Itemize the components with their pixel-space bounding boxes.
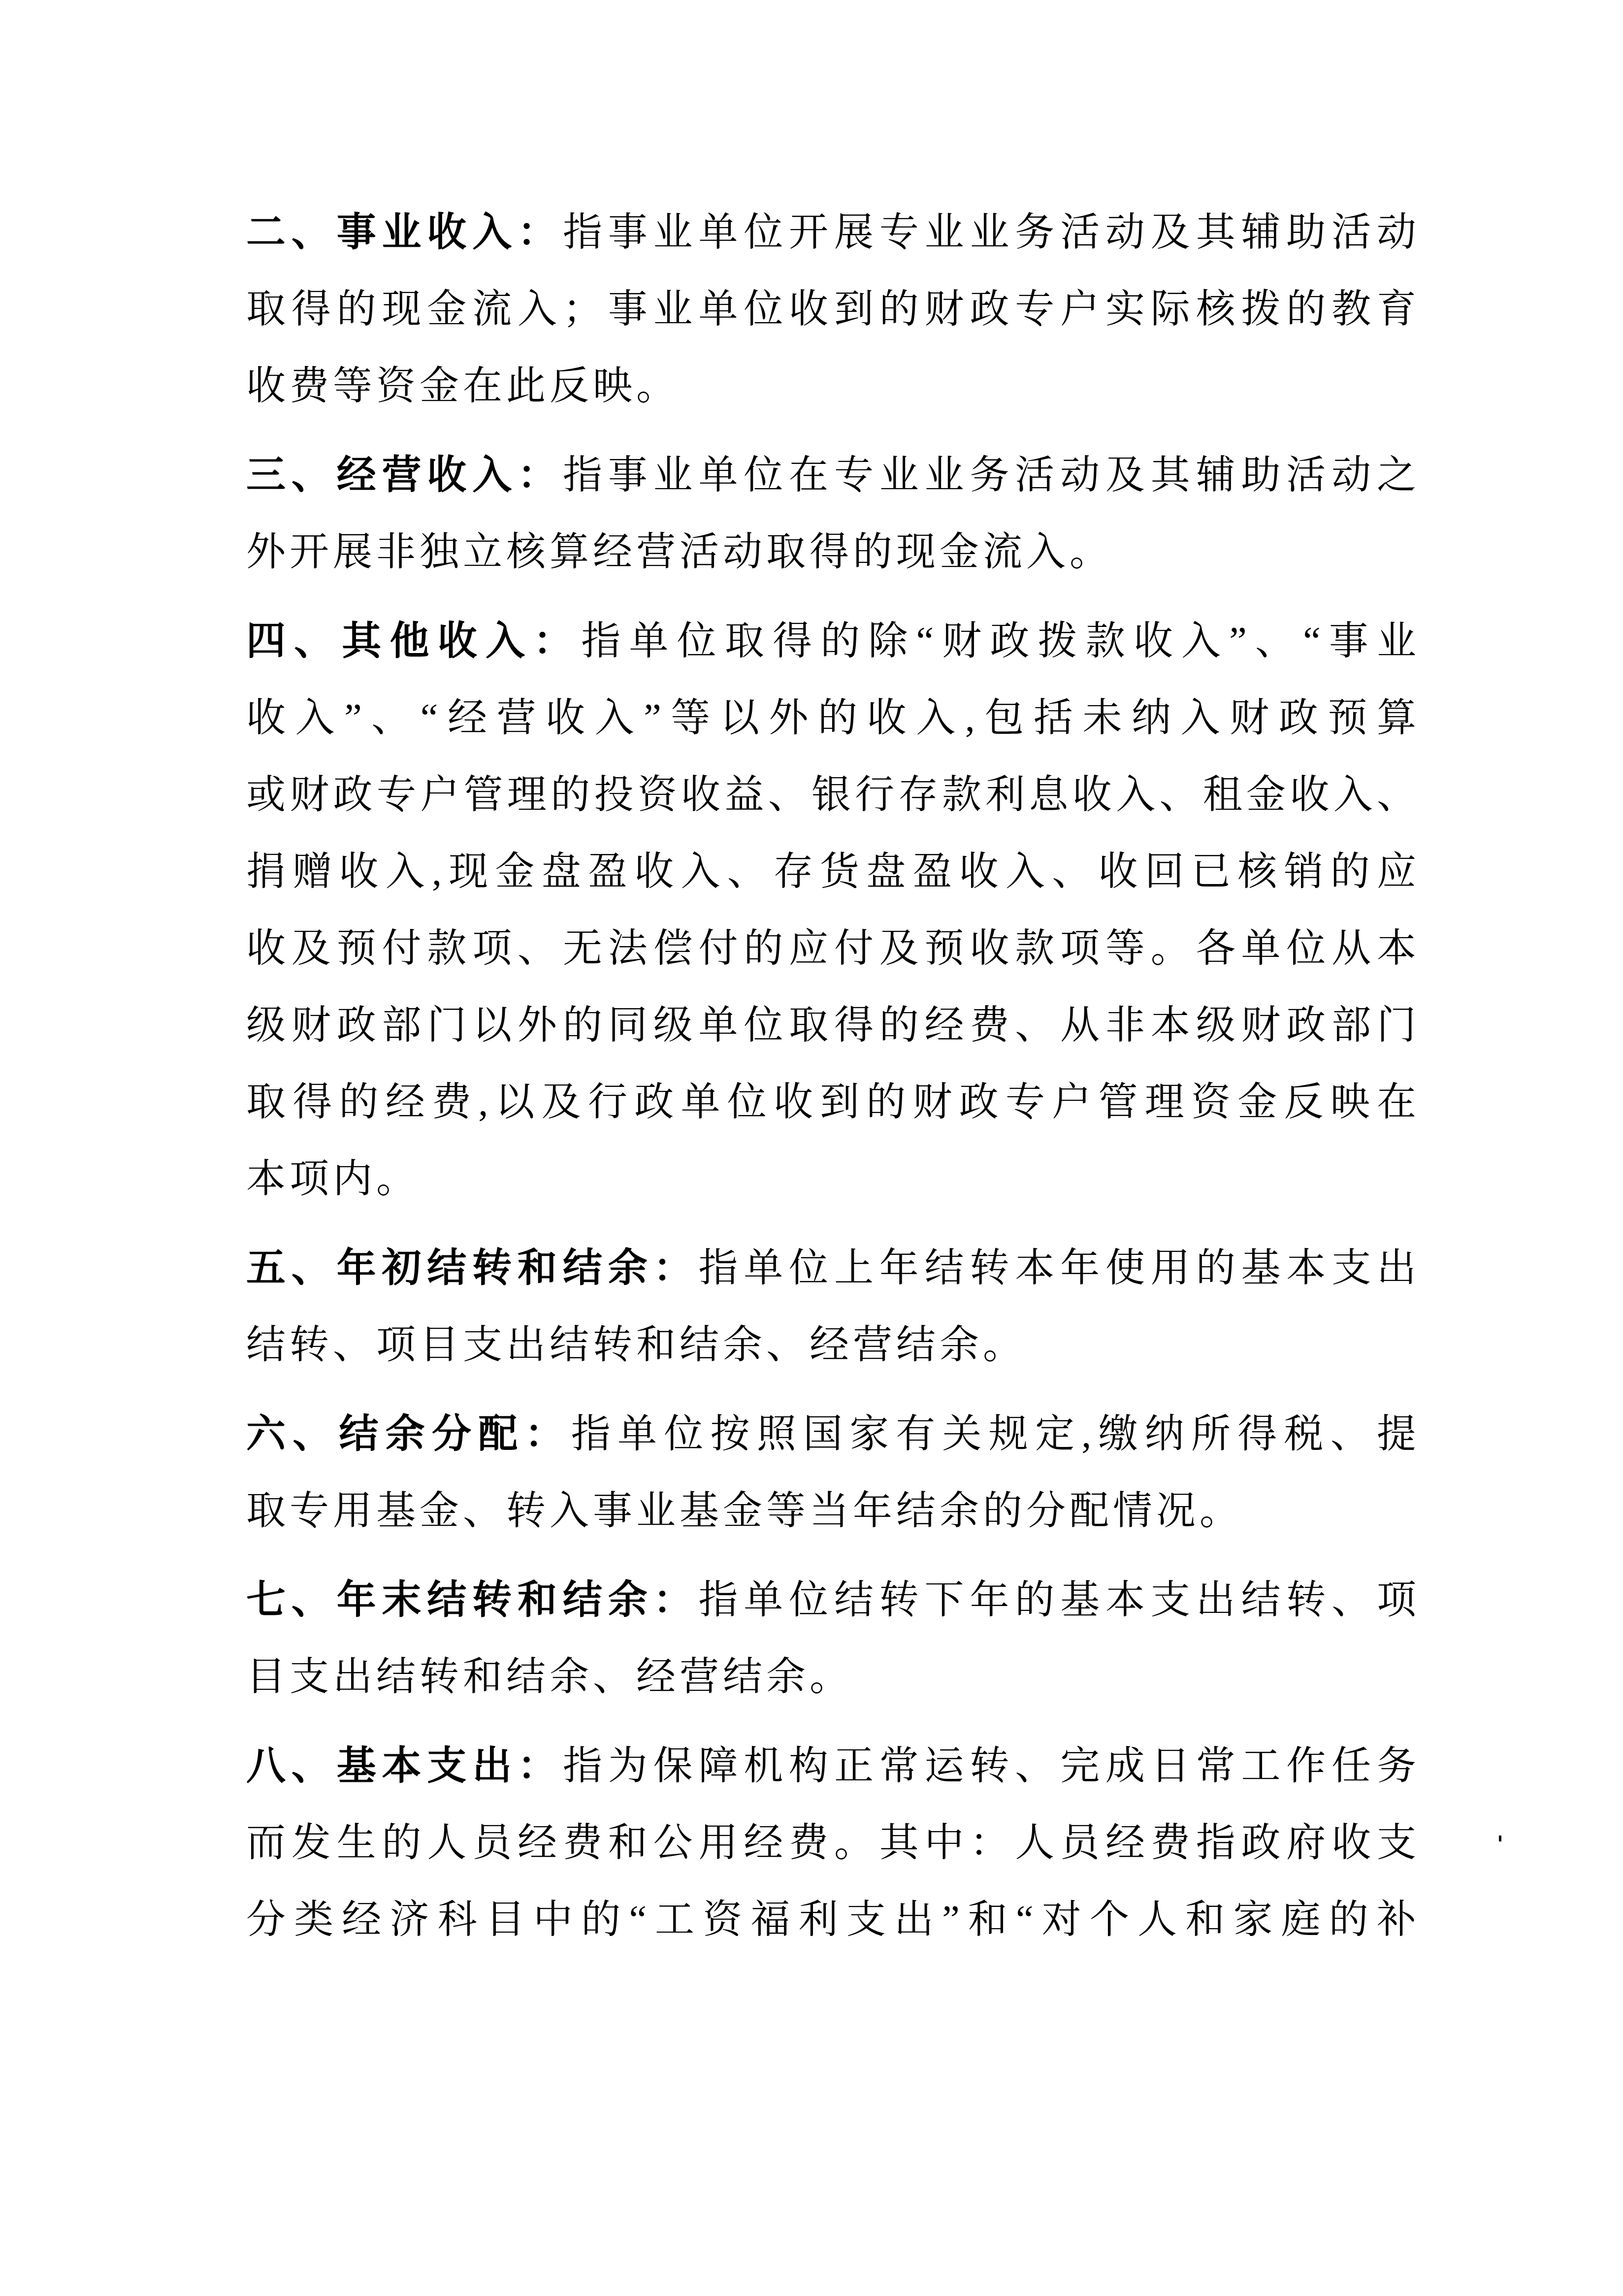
line-text: 指事业单位在专业业务活动及其辅助活动之: [563, 454, 1420, 497]
line-text: 指单位取得的除“财政拨款收入”、“事业: [581, 620, 1420, 663]
paragraph-label: 五、年初结转和结余：: [246, 1246, 698, 1290]
line-text: 而发生的人员经费和公用经费。其中：人员经费指政府收支: [246, 1821, 1420, 1865]
line-text: 级财政部门以外的同级单位取得的经费、从非本级财政部门: [246, 1004, 1420, 1047]
text-line: 八、基本支出：指为保障机构正常运转、完成日常工作任务: [246, 1728, 1420, 1804]
line-text: 指为保障机构正常运转、完成日常工作任务: [563, 1744, 1420, 1788]
line-text: 收入”、“经营收入”等以外的收入,包括未纳入财政预算: [246, 696, 1420, 740]
text-line: 四、其他收入：指单位取得的除“财政拨款收入”、“事业: [246, 603, 1420, 680]
paragraph-label: 四、其他收入：: [246, 620, 581, 663]
text-line: 而发生的人员经费和公用经费。其中：人员经费指政府收支: [246, 1804, 1420, 1881]
line-text: 取专用基金、转入事业基金等当年结余的分配情况。: [246, 1489, 1243, 1533]
text-line: 捐赠收入,现金盘盈收入、存货盘盈收入、收回已核销的应: [246, 833, 1420, 910]
line-text: 结转、项目支出结转和结余、经营结余。: [246, 1323, 1026, 1367]
scanned-document: { "page": { "background_color": "#ffffff…: [0, 0, 1623, 2296]
line-text: 收及预付款项、无法偿付的应付及预收款项等。各单位从本: [246, 927, 1420, 970]
text-line: 收及预付款项、无法偿付的应付及预收款项等。各单位从本: [246, 910, 1420, 987]
line-text: 指单位结转下年的基本支出结转、项: [698, 1578, 1420, 1622]
text-line: 目支出结转和结余、经营结余。: [246, 1639, 1420, 1715]
text-line: 分类经济科目中的“工资福利支出”和“对个人和家庭的补: [246, 1881, 1420, 1958]
line-text: 取得的现金流入；事业单位收到的财政专户实际核拨的教育: [246, 288, 1420, 331]
text-line: 七、年末结转和结余：指单位结转下年的基本支出结转、项: [246, 1562, 1420, 1639]
text-line: 六、结余分配：指单位按照国家有关规定,缴纳所得税、提: [246, 1396, 1420, 1473]
paragraph-3: 四、其他收入：指单位取得的除“财政拨款收入”、“事业收入”、“经营收入”等以外的…: [246, 603, 1420, 1217]
line-text: 指单位按照国家有关规定,缴纳所得税、提: [571, 1412, 1420, 1456]
paragraph-1: 二、事业收入：指事业单位开展专业业务活动及其辅助活动取得的现金流入；事业单位收到…: [246, 194, 1420, 425]
paragraph-5: 六、结余分配：指单位按照国家有关规定,缴纳所得税、提取专用基金、转入事业基金等当…: [246, 1396, 1420, 1549]
line-text: 外开展非独立核算经营活动取得的现金流入。: [246, 530, 1113, 574]
line-text: 分类经济科目中的“工资福利支出”和“对个人和家庭的补: [246, 1898, 1420, 1941]
text-line: 三、经营收入：指事业单位在专业业务活动及其辅助活动之: [246, 437, 1420, 514]
text-line: 收入”、“经营收入”等以外的收入,包括未纳入财政预算: [246, 680, 1420, 756]
line-text: 捐赠收入,现金盘盈收入、存货盘盈收入、收回已核销的应: [246, 850, 1420, 893]
line-text: 或财政专户管理的投资收益、银行存款利息收入、租金收入、: [246, 773, 1420, 817]
line-text: 取得的经费,以及行政单位收到的财政专户管理资金反映在: [246, 1081, 1420, 1124]
text-line: 二、事业收入：指事业单位开展专业业务活动及其辅助活动: [246, 194, 1420, 271]
text-line: 级财政部门以外的同级单位取得的经费、从非本级财政部门: [246, 987, 1420, 1064]
text-line: 取专用基金、转入事业基金等当年结余的分配情况。: [246, 1473, 1420, 1549]
text-block: 二、事业收入：指事业单位开展专业业务活动及其辅助活动取得的现金流入；事业单位收到…: [246, 194, 1420, 1958]
text-line: 取得的现金流入；事业单位收到的财政专户实际核拨的教育: [246, 271, 1420, 348]
line-text: 指事业单位开展专业业务活动及其辅助活动: [563, 211, 1420, 254]
line-text: 指单位上年结转本年使用的基本支出: [698, 1246, 1420, 1290]
document-page: 二、事业收入：指事业单位开展专业业务活动及其辅助活动取得的现金流入；事业单位收到…: [0, 0, 1623, 2296]
text-line: 取得的经费,以及行政单位收到的财政专户管理资金反映在: [246, 1064, 1420, 1141]
text-line: 或财政专户管理的投资收益、银行存款利息收入、租金收入、: [246, 756, 1420, 833]
paragraph-6: 七、年末结转和结余：指单位结转下年的基本支出结转、项目支出结转和结余、经营结余。: [246, 1562, 1420, 1715]
text-line: 本项内。: [246, 1141, 1420, 1217]
line-text: 本项内。: [246, 1157, 420, 1201]
text-line: 收费等资金在此反映。: [246, 348, 1420, 425]
text-line: 外开展非独立核算经营活动取得的现金流入。: [246, 514, 1420, 590]
text-line: 结转、项目支出结转和结余、经营结余。: [246, 1307, 1420, 1383]
paragraph-label: 八、基本支出：: [246, 1744, 563, 1788]
paragraph-label: 六、结余分配：: [246, 1412, 571, 1456]
paragraph-label: 三、经营收入：: [246, 454, 563, 497]
paragraph-4: 五、年初结转和结余：指单位上年结转本年使用的基本支出结转、项目支出结转和结余、经…: [246, 1230, 1420, 1383]
paragraph-2: 三、经营收入：指事业单位在专业业务活动及其辅助活动之外开展非独立核算经营活动取得…: [246, 437, 1420, 590]
line-text: 收费等资金在此反映。: [246, 364, 680, 408]
paragraph-7: 八、基本支出：指为保障机构正常运转、完成日常工作任务而发生的人员经费和公用经费。…: [246, 1728, 1420, 1958]
text-line: 五、年初结转和结余：指单位上年结转本年使用的基本支出: [246, 1230, 1420, 1307]
line-text: 目支出结转和结余、经营结余。: [246, 1655, 853, 1699]
paragraph-label: 七、年末结转和结余：: [246, 1578, 698, 1622]
scan-artifact-dot: [1499, 1836, 1501, 1841]
paragraph-label: 二、事业收入：: [246, 211, 563, 254]
